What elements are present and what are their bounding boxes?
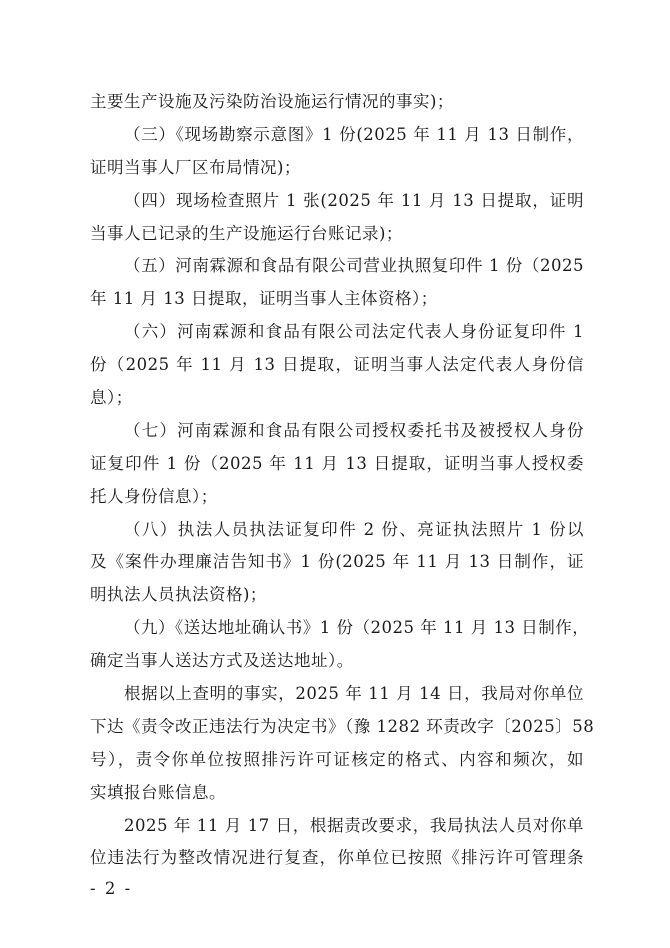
text-line: （四）现场检查照片 1 张(2025 年 11 月 13 日提取，证明 [90, 185, 584, 218]
text-line: 份（2025 年 11 月 13 日提取，证明当事人法定代表人身份信 [90, 349, 584, 382]
text-line: 实填报台账信息。 [90, 777, 584, 810]
document-page: 主要生产设施及污染防治设施运行情况的事实)；（三）《现场勘察示意图》1 份(20… [0, 0, 670, 948]
text-line: 当事人已记录的生产设施运行台账记录)； [90, 218, 584, 251]
document-body: 主要生产设施及污染防治设施运行情况的事实)；（三）《现场勘察示意图》1 份(20… [90, 86, 584, 875]
text-line: （六）河南霖源和食品有限公司法定代表人身份证复印件 1 [90, 316, 584, 349]
text-line: （七）河南霖源和食品有限公司授权委托书及被授权人身份 [90, 415, 584, 448]
decision-paragraph: 根据以上查明的事实，2025 年 11 月 14 日，我局对你单位下达《责令改正… [90, 678, 584, 810]
text-line: 位违法行为整改情况进行复查，你单位已按照《排污许可管理条 [90, 842, 584, 875]
text-line: （五）河南霖源和食品有限公司营业执照复印件 1 份（2025 [90, 250, 584, 283]
text-line: 明执法人员执法资格)； [90, 579, 584, 612]
text-line: 证明当事人厂区布局情况)； [90, 152, 584, 185]
evidence-item-9: （九）《送达地址确认书》1 份（2025 年 11 月 13 日制作，确定当事人… [90, 612, 584, 678]
evidence-item-8: （八）执法人员执法证复印件 2 份、亮证执法照片 1 份以及《案件办理廉洁告知书… [90, 514, 584, 613]
text-line: 及《案件办理廉洁告知书》1 份(2025 年 11 月 13 日制作，证 [90, 546, 584, 579]
page-number: - 2 - [90, 876, 132, 902]
evidence-item-5: （五）河南霖源和食品有限公司营业执照复印件 1 份（2025年 11 月 13 … [90, 250, 584, 316]
text-line: 根据以上查明的事实，2025 年 11 月 14 日，我局对你单位 [90, 678, 584, 711]
text-line: （九）《送达地址确认书》1 份（2025 年 11 月 13 日制作， [90, 612, 584, 645]
evidence-item-7: （七）河南霖源和食品有限公司授权委托书及被授权人身份证复印件 1 份（2025 … [90, 415, 584, 514]
text-line: 息）； [90, 382, 584, 415]
text-line: （三）《现场勘察示意图》1 份(2025 年 11 月 13 日制作， [90, 119, 584, 152]
evidence-item-4: （四）现场检查照片 1 张(2025 年 11 月 13 日提取，证明当事人已记… [90, 185, 584, 251]
text-line: 确定当事人送达方式及送达地址）。 [90, 645, 584, 678]
text-line: 证复印件 1 份（2025 年 11 月 13 日提取，证明当事人授权委 [90, 448, 584, 481]
text-line: 2025 年 11 月 17 日，根据责改要求，我局执法人员对你单 [90, 810, 584, 843]
evidence-item-6: （六）河南霖源和食品有限公司法定代表人身份证复印件 1份（2025 年 11 月… [90, 316, 584, 415]
review-paragraph: 2025 年 11 月 17 日，根据责改要求，我局执法人员对你单位违法行为整改… [90, 810, 584, 876]
evidence-item-3: （三）《现场勘察示意图》1 份(2025 年 11 月 13 日制作，证明当事人… [90, 119, 584, 185]
continuation-item-2: 主要生产设施及污染防治设施运行情况的事实)； [90, 86, 584, 119]
text-line: （八）执法人员执法证复印件 2 份、亮证执法照片 1 份以 [90, 514, 584, 547]
text-line: 下达《责令改正违法行为决定书》（豫 1282 环责改字〔2025〕58 [90, 711, 584, 744]
text-line: 年 11 月 13 日提取，证明当事人主体资格）； [90, 283, 584, 316]
text-line: 主要生产设施及污染防治设施运行情况的事实)； [90, 86, 584, 119]
text-line: 托人身份信息）； [90, 481, 584, 514]
text-line: 号），责令你单位按照排污许可证核定的格式、内容和频次，如 [90, 744, 584, 777]
